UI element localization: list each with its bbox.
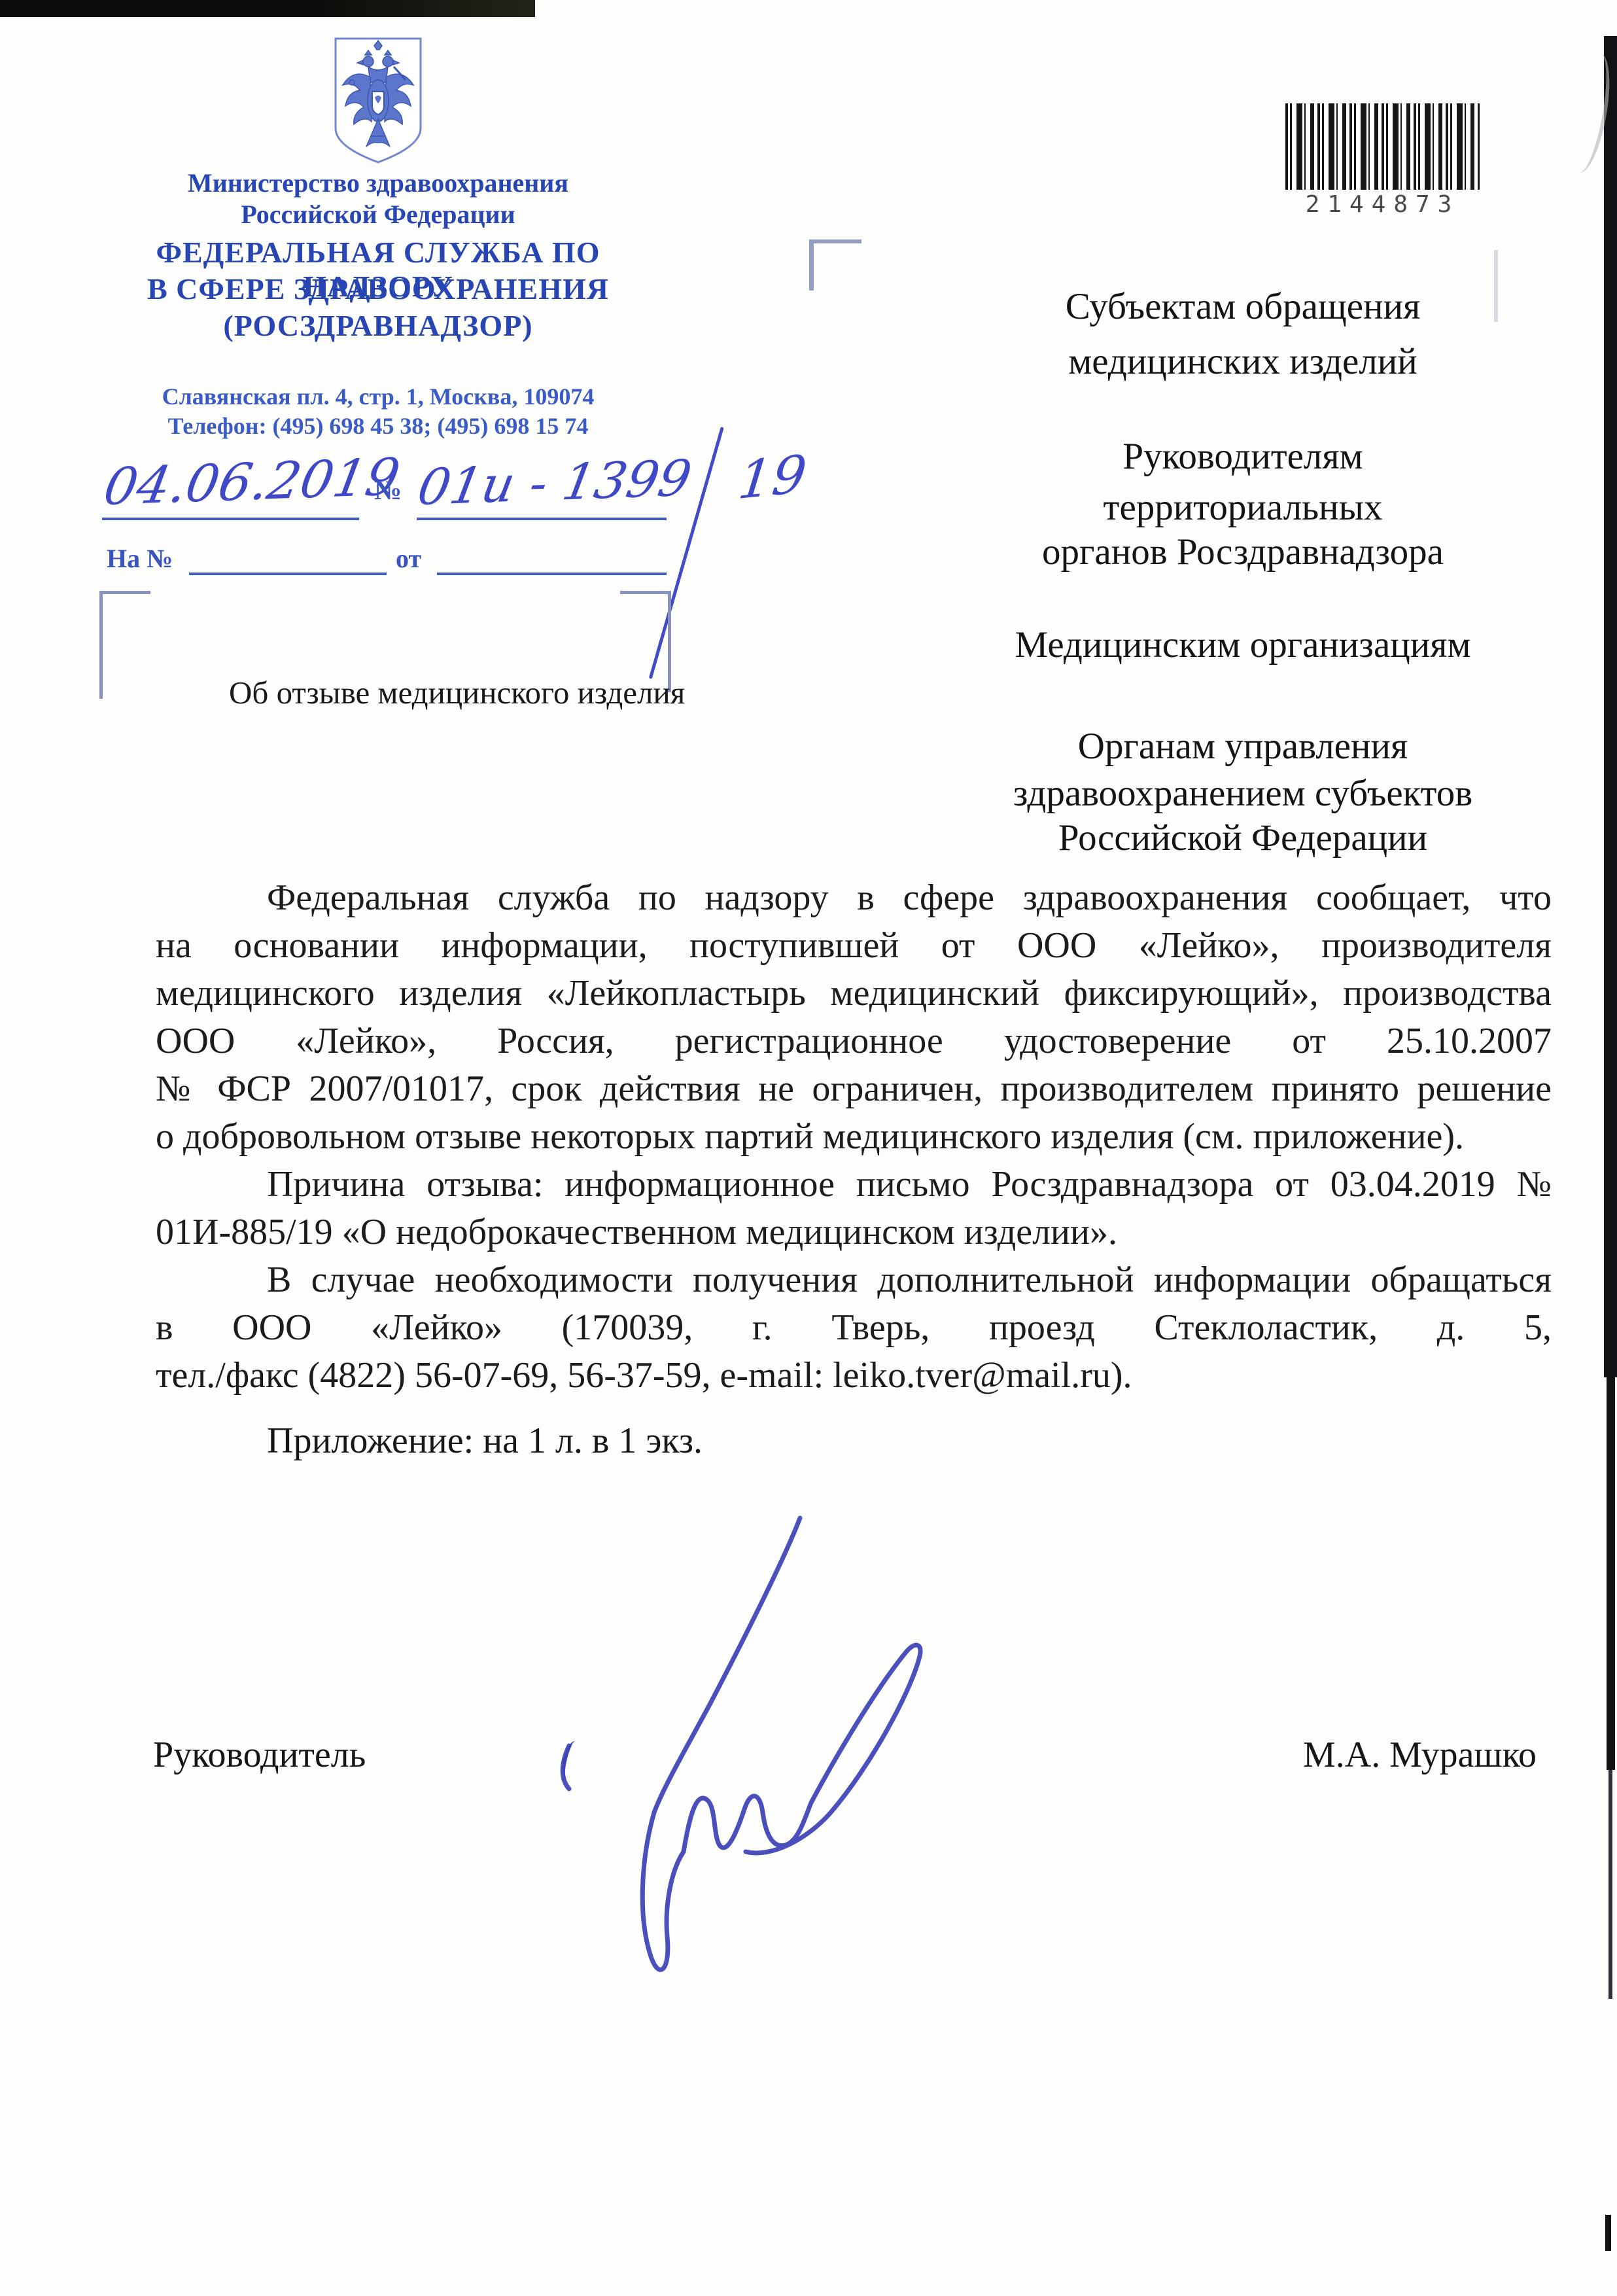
addressee-group2-line1: Руководителям [981,435,1504,478]
body-line: Причина отзыва: информационное письмо Ро… [156,1161,1552,1209]
body-line: о добровольном отзыве некоторых партий м… [156,1113,1552,1161]
addressee-group3-line1: Медицинским организациям [981,624,1504,666]
scan-artifact-right-strip4 [1605,2215,1611,2251]
body-line: ООО «Лейко», Россия, регистрационное удо… [156,1017,1552,1065]
scan-artifact-right-strip3 [1608,1770,1612,1999]
handwritten-date: 04.06.2019 [99,448,404,517]
reply-number-underline [189,573,387,575]
coat-of-arms-icon [332,37,424,165]
addressee-group1-line1: Субъектам обращения [981,285,1504,328]
barcode-icon [1285,103,1480,190]
body-text: Федеральная служба по надзору в сфере зд… [156,874,1552,1400]
addressee-group2-line2: территориальных [981,486,1504,529]
barcode-number: 2144873 [1285,191,1480,218]
signature-ink [549,1505,929,1976]
reply-from-label: от [396,543,421,574]
handwritten-suffix: 19 [735,444,809,511]
body-line: Федеральная служба по надзору в сфере зд… [156,874,1552,922]
addressee-group4-line1: Органам управления [981,725,1504,768]
letterhead-phone: Телефон: (495) 698 45 38; (495) 698 15 7… [84,412,672,440]
ministry-name-line2: Российской Федерации [84,199,672,230]
number-underline [417,518,667,520]
addressee-corner-v [809,239,814,291]
handwritten-number: 01и - 1399 [413,449,696,516]
date-underline [102,518,359,520]
addressee-group2-line3: органов Росздравнадзора [981,531,1504,573]
subject-line: Об отзыве медицинского изделия [229,674,685,711]
scan-artifact-right-strip2 [1607,1377,1615,1770]
service-name-line3: (РОСЗДРАВНАДЗОР) [84,309,672,343]
body-line: на основании информации, поступившей от … [156,922,1552,970]
reply-date-underline [437,573,667,575]
body-line: № ФСР 2007/01017, срок действия не огран… [156,1065,1552,1113]
service-name-line2: В СФЕРЕ ЗДРАВООХРАНЕНИЯ [84,272,672,306]
body-line: в ООО «Лейко» (170039, г. Тверь, проезд … [156,1304,1552,1352]
addressee-corner-h [809,239,861,243]
signer-name: М.А. Мурашко [1303,1734,1537,1776]
reply-to-label: На № [107,543,173,574]
number-sign-label: № [374,475,402,506]
subject-corner-left-h [99,591,150,594]
body-line: 01И-885/19 «О недоброкачественном медици… [156,1209,1552,1256]
subject-corner-left-v [99,591,103,699]
scanned-letter-page: Министерство здравоохранения Российской … [0,0,1617,2296]
body-line: тел./факс (4822) 56-07-69, 56-37-59, e-m… [156,1352,1552,1400]
addressee-group4-line2: здравоохранением субъектов [981,772,1504,815]
body-line: В случае необходимости получения дополни… [156,1256,1552,1304]
scan-artifact-top-strip [0,0,535,17]
letterhead-address: Славянская пл. 4, стр. 1, Москва, 109074 [84,383,672,410]
ministry-name-line1: Министерство здравоохранения [84,168,672,199]
addressee-group1-line2: медицинских изделий [981,340,1504,383]
body-line: медицинского изделия «Лейкопластырь меди… [156,970,1552,1017]
subject-corner-right-h [620,591,671,594]
attachment-note: Приложение: на 1 л. в 1 экз. [267,1420,703,1462]
scan-artifact-right-strip [1604,36,1617,1377]
addressee-group4-line3: Российской Федерации [981,817,1504,859]
signer-title: Руководитель [153,1734,366,1776]
